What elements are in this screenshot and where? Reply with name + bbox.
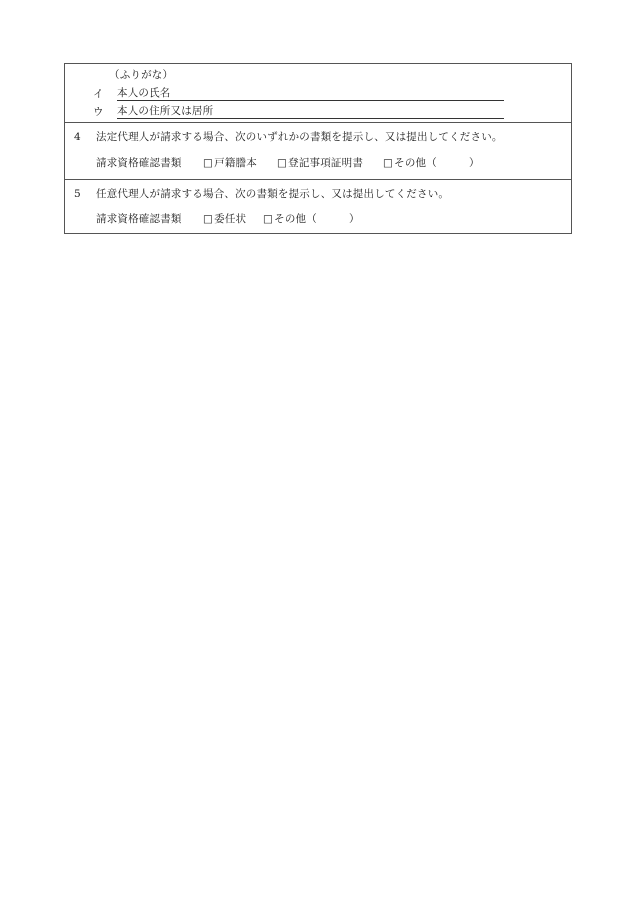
principal-address-field[interactable] (117, 118, 504, 119)
option-other[interactable]: □その他（ ） (383, 157, 480, 170)
principal-name-label: 本人の氏名 (117, 87, 171, 100)
principal-address-label: 本人の住所又は居所 (117, 105, 213, 118)
principal-name-field[interactable] (117, 100, 504, 101)
checkbox-icon[interactable]: □ (203, 157, 213, 169)
option-other[interactable]: □その他（ ） (263, 213, 360, 226)
principal-info-section: （ふりがな） イ 本人の氏名 ウ 本人の住所又は居所 (65, 64, 571, 122)
checkbox-icon[interactable]: □ (203, 213, 213, 225)
checkbox-icon[interactable]: □ (263, 213, 273, 225)
section-number: 5 (74, 188, 81, 201)
section-legal-representative: 4 法定代理人が請求する場合、次のいずれかの書類を提示し、又は提出してください。… (65, 122, 571, 179)
section-number: 4 (74, 131, 81, 144)
checkbox-icon[interactable]: □ (277, 157, 287, 169)
item-marker-i: イ (93, 88, 104, 101)
option-registry-certificate[interactable]: □登記事項証明書 (277, 157, 363, 170)
section-instruction: 任意代理人が請求する場合、次の書類を提示し、又は提出してください。 (96, 188, 449, 201)
option-power-of-attorney[interactable]: □委任状 (203, 213, 246, 226)
request-form-table: （ふりがな） イ 本人の氏名 ウ 本人の住所又は居所 4 法定代理人が請求する場… (64, 63, 572, 234)
checkbox-icon[interactable]: □ (383, 157, 393, 169)
section-instruction: 法定代理人が請求する場合、次のいずれかの書類を提示し、又は提出してください。 (96, 131, 503, 144)
doc-type-label: 請求資格確認書類 (96, 157, 182, 170)
doc-type-label: 請求資格確認書類 (96, 213, 182, 226)
section-voluntary-representative: 5 任意代理人が請求する場合、次の書類を提示し、又は提出してください。 請求資格… (65, 179, 571, 234)
furigana-label: （ふりがな） (109, 69, 173, 82)
item-marker-u: ウ (93, 106, 104, 119)
option-family-register[interactable]: □戸籍謄本 (203, 157, 257, 170)
